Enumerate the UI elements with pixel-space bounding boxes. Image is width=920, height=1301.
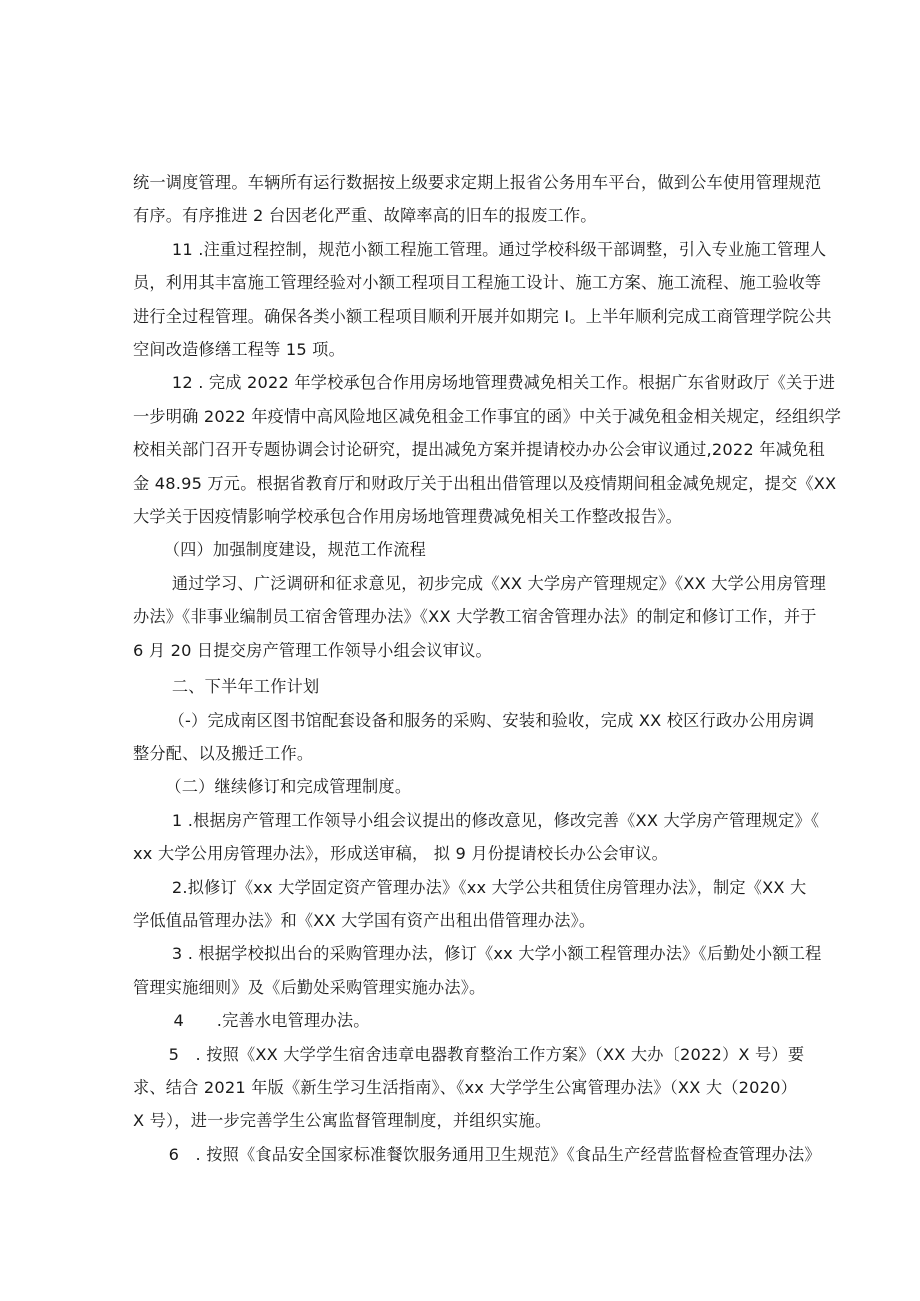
- text-line: 6 . 按照《食品安全国家标准餐饮服务通用卫生规范》《食品生产经营监督检查管理办…: [133, 1138, 789, 1171]
- paragraph-plan-2-5: 5 . 按照《XX 大学学生宿舍违章电器教育整治工作方案》（XX 大办〔2022…: [133, 1038, 789, 1138]
- text-line: 统一调度管理。车辆所有运行数据按上级要求定期上报省公务用车平台，做到公车使用管理…: [133, 166, 789, 199]
- part-heading-second-half-plan: 二、下半年工作计划: [133, 670, 789, 703]
- text-line: 6 月 20 日提交房产管理工作领导小组会议审议。: [133, 634, 789, 667]
- document-page: 统一调度管理。车辆所有运行数据按上级要求定期上报省公务用车平台，做到公车使用管理…: [133, 166, 789, 1171]
- text-line: 2.拟修订《xx 大学固定资产管理办法》《xx 大学公共租赁住房管理办法》，制定…: [133, 871, 789, 904]
- text-line: 大学关于因疫情影响学校承包合作用房场地管理费减免相关工作整改报告》。: [133, 500, 789, 533]
- section-heading-plan-2: （二）继续修订和完成管理制度。: [133, 770, 789, 803]
- paragraph-plan-2-4: 4 .完善水电管理办法。: [133, 1004, 789, 1037]
- paragraph-item-11: 11 .注重过程控制，规范小额工程施工管理。通过学校科级干部调整，引入专业施工管…: [133, 233, 789, 367]
- paragraph-plan-2-2: 2.拟修订《xx 大学固定资产管理办法》《xx 大学公共租赁住房管理办法》，制定…: [133, 871, 789, 938]
- text-line: 办法》《非事业编制员工宿舍管理办法》《XX 大学教工宿舍管理办法》的制定和修订工…: [133, 600, 789, 633]
- paragraph-plan-2-1: 1 .根据房产管理工作领导小组会议提出的修改意见，修改完善《XX 大学房产管理规…: [133, 804, 789, 871]
- text-line: 3 . 根据学校拟出台的采购管理办法，修订《xx 大学小额工程管理办法》《后勤处…: [133, 937, 789, 970]
- text-line: 11 .注重过程控制，规范小额工程施工管理。通过学校科级干部调整，引入专业施工管…: [133, 233, 789, 266]
- text-line: xx 大学公用房管理办法》，形成送审稿， 拟 9 月份提请校长办公会审议。: [133, 837, 789, 870]
- heading-text: 二、下半年工作计划: [133, 670, 789, 703]
- paragraph-plan-1: （-）完成南区图书馆配套设备和服务的采购、安装和验收，完成 XX 校区行政办公用…: [133, 704, 789, 771]
- text-line: 1 .根据房产管理工作领导小组会议提出的修改意见，修改完善《XX 大学房产管理规…: [133, 804, 789, 837]
- text-line: 管理实施细则》及《后勤处采购管理实施办法》。: [133, 971, 789, 1004]
- text-line: 校相关部门召开专题协调会讨论研究，提出减免方案并提请校办办公会审议通过,2022…: [133, 433, 789, 466]
- text-line: 一步明确 2022 年疫情中高风险地区减免租金工作事宜的函》中关于减免租金相关规…: [133, 400, 789, 433]
- paragraph-vehicle-management: 统一调度管理。车辆所有运行数据按上级要求定期上报省公务用车平台，做到公车使用管理…: [133, 166, 789, 233]
- section-heading-text: （四）加强制度建设，规范工作流程: [133, 533, 789, 566]
- text-line: 求、结合 2021 年版《新生学习生活指南》、《xx 大学学生公寓管理办法》（X…: [133, 1071, 789, 1104]
- text-line: 12 . 完成 2022 年学校承包合作用房场地管理费减免相关工作。根据广东省财…: [133, 366, 789, 399]
- paragraph-item-12: 12 . 完成 2022 年学校承包合作用房场地管理费减免相关工作。根据广东省财…: [133, 366, 789, 533]
- section-heading-text: （二）继续修订和完成管理制度。: [133, 770, 789, 803]
- paragraph-plan-2-6: 6 . 按照《食品安全国家标准餐饮服务通用卫生规范》《食品生产经营监督检查管理办…: [133, 1138, 789, 1171]
- text-line: X 号），进一步完善学生公寓监督管理制度，并组织实施。: [133, 1104, 789, 1137]
- text-line: 整分配、以及搬迁工作。: [133, 737, 789, 770]
- text-line: 金 48.95 万元。根据省教育厅和财政厅关于出租出借管理以及疫情期间租金减免规…: [133, 467, 789, 500]
- text-line: 有序。有序推进 2 台因老化严重、故障率高的旧车的报废工作。: [133, 199, 789, 232]
- text-line: 进行全过程管理。确保各类小额工程项目顺利开展并如期完 I。上半年顺利完成工商管理…: [133, 300, 789, 333]
- paragraph-plan-2-3: 3 . 根据学校拟出台的采购管理办法，修订《xx 大学小额工程管理办法》《后勤处…: [133, 937, 789, 1004]
- text-line: 通过学习、广泛调研和征求意见，初步完成《XX 大学房产管理规定》《XX 大学公用…: [133, 567, 789, 600]
- text-line: 员，利用其丰富施工管理经验对小额工程项目工程施工设计、施工方案、施工流程、施工验…: [133, 266, 789, 299]
- text-line: 5 . 按照《XX 大学学生宿舍违章电器教育整治工作方案》（XX 大办〔2022…: [133, 1038, 789, 1071]
- text-line: （-）完成南区图书馆配套设备和服务的采购、安装和验收，完成 XX 校区行政办公用…: [133, 704, 789, 737]
- text-line: 4 .完善水电管理办法。: [133, 1004, 789, 1037]
- text-line: 空间改造修缮工程等 15 项。: [133, 333, 789, 366]
- text-line: 学低值品管理办法》和《XX 大学国有资产出租出借管理办法》。: [133, 904, 789, 937]
- paragraph-system-building: 通过学习、广泛调研和征求意见，初步完成《XX 大学房产管理规定》《XX 大学公用…: [133, 567, 789, 667]
- section-heading-4: （四）加强制度建设，规范工作流程: [133, 533, 789, 566]
